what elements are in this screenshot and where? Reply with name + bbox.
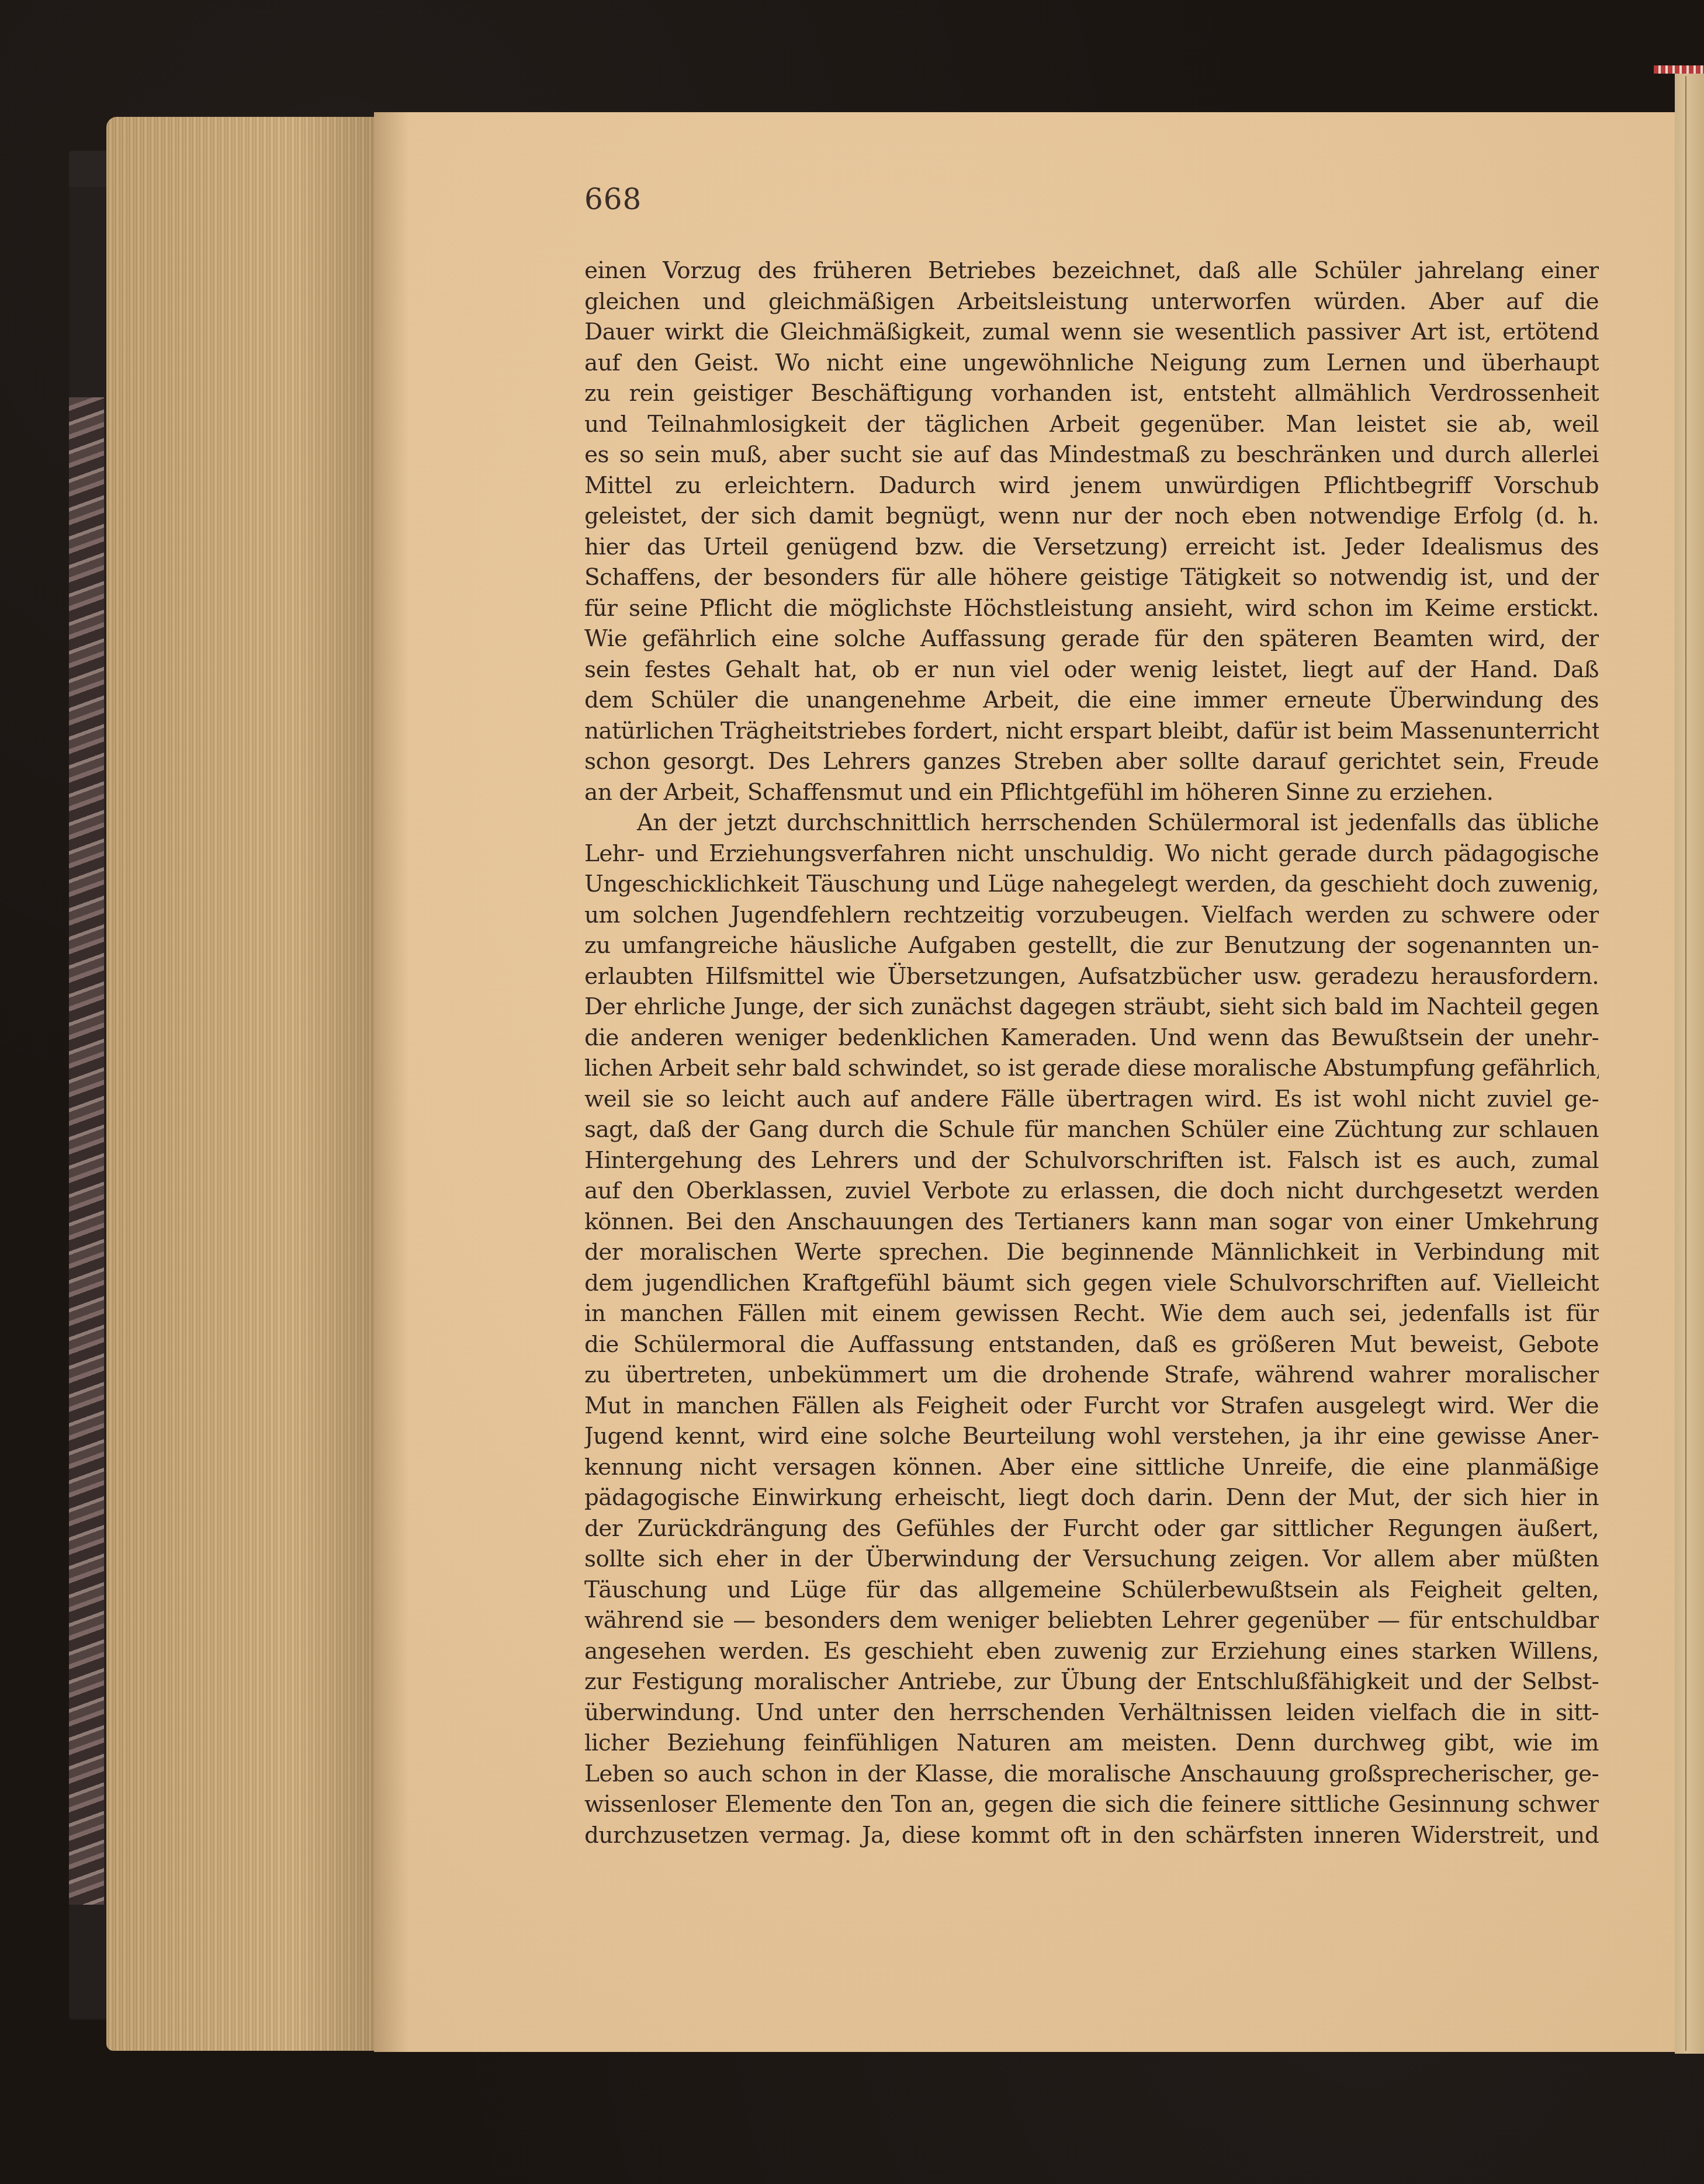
text-line: auf den Geist. Wo nicht eine ungewöhnlic…	[584, 348, 1599, 379]
text-line: angesehen werden. Es geschieht eben zuwe…	[584, 1637, 1599, 1668]
text-line: hier das Urteil genügend bzw. die Verset…	[584, 532, 1599, 563]
paragraph-start-line: An der jetzt durchschnittlich herrschend…	[584, 808, 1599, 839]
page-number: 668	[584, 182, 642, 216]
text-line: können. Bei den Anschauungen des Tertian…	[584, 1207, 1599, 1238]
text-line: dem Schüler die unangenehme Arbeit, die …	[584, 685, 1599, 716]
text-line: kennung nicht versagen können. Aber eine…	[584, 1452, 1599, 1483]
facing-page-fold	[1685, 76, 1686, 2051]
text-line: Wie gefährlich eine solche Auffassung ge…	[584, 624, 1599, 655]
marbled-endpaper	[69, 397, 104, 1905]
text-line: licher Beziehung feinfühligen Naturen am…	[584, 1728, 1599, 1759]
text-line: erlaubten Hilfsmittel wie Übersetzungen,…	[584, 962, 1599, 993]
text-line: Lehr- und Erziehungsverfahren nicht unsc…	[584, 839, 1599, 870]
text-line: Täuschung und Lüge für das allgemeine Sc…	[584, 1575, 1599, 1606]
text-line: gleichen und gleichmäßigen Arbeitsleistu…	[584, 287, 1599, 318]
text-line: natürlichen Trägheitstriebes fordert, ni…	[584, 716, 1599, 747]
page-stack-edges	[106, 117, 375, 2051]
text-line: um solchen Jugendfehlern rechtzeitig vor…	[584, 900, 1599, 931]
text-line: sollte sich eher in der Überwindung der …	[584, 1544, 1599, 1575]
text-line: einen Vorzug des früheren Betriebes beze…	[584, 256, 1599, 287]
text-line: überwindung. Und unter den herrschenden …	[584, 1698, 1599, 1729]
text-line: sagt, daß der Gang durch die Schule für …	[584, 1115, 1599, 1146]
facing-page-edge	[1675, 67, 1704, 2054]
text-line: pädagogische Einwirkung erheischt, liegt…	[584, 1483, 1599, 1514]
text-line: zu rein geistiger Beschäftigung vorhande…	[584, 379, 1599, 410]
text-line: schon gesorgt. Des Lehrers ganzes Strebe…	[584, 747, 1599, 778]
text-line: es so sein muß, aber sucht sie auf das M…	[584, 440, 1599, 471]
text-line: der Zurückdrängung des Gefühles der Furc…	[584, 1514, 1599, 1545]
text-line: die anderen weniger bedenklichen Kamerad…	[584, 1023, 1599, 1054]
text-line: Ungeschicklichkeit Täuschung und Lüge na…	[584, 869, 1599, 900]
text-line: Mittel zu erleichtern. Dadurch wird jene…	[584, 471, 1599, 502]
text-line: die Schülermoral die Auffassung entstand…	[584, 1330, 1599, 1361]
text-line: dem jugendlichen Kraftgefühl bäumt sich …	[584, 1268, 1599, 1299]
text-line: und Teilnahmlosigkeit der täglichen Arbe…	[584, 410, 1599, 441]
gutter-shadow	[374, 112, 409, 2052]
text-line: Der ehrliche Junge, der sich zunächst da…	[584, 992, 1599, 1023]
text-line: für seine Pflicht die möglichste Höchstl…	[584, 594, 1599, 625]
text-line: auf den Oberklassen, zuviel Verbote zu e…	[584, 1176, 1599, 1207]
text-line: Schaffens, der besonders für alle höhere…	[584, 563, 1599, 594]
text-line: zu übertreten, unbekümmert um die drohen…	[584, 1360, 1599, 1391]
text-line: in manchen Fällen mit einem gewissen Rec…	[584, 1299, 1599, 1330]
body-text: einen Vorzug des früheren Betriebes beze…	[584, 256, 1599, 1851]
text-line: sein festes Gehalt hat, ob er nun viel o…	[584, 655, 1599, 686]
text-line: Hintergehung des Lehrers und der Schulvo…	[584, 1146, 1599, 1177]
text-line: lichen Arbeit sehr bald schwindet, so is…	[584, 1053, 1599, 1084]
text-line: der moralischen Werte sprechen. Die begi…	[584, 1237, 1599, 1268]
headband	[1654, 65, 1704, 74]
text-line: durchzusetzen vermag. Ja, diese kommt of…	[584, 1821, 1599, 1852]
text-line: Mut in manchen Fällen als Feigheit oder …	[584, 1391, 1599, 1422]
text-line: während sie — besonders dem weniger beli…	[584, 1606, 1599, 1637]
text-line: Leben so auch schon in der Klasse, die m…	[584, 1759, 1599, 1790]
text-line: zu umfangreiche häusliche Aufgaben geste…	[584, 931, 1599, 962]
paragraph-end-line: an der Arbeit, Schaffensmut und ein Pfli…	[584, 778, 1599, 809]
text-line: wissenloser Elemente den Ton an, gegen d…	[584, 1790, 1599, 1821]
text-line: Dauer wirkt die Gleichmäßigkeit, zumal w…	[584, 317, 1599, 348]
text-line: Jugend kennt, wird eine solche Beurteilu…	[584, 1422, 1599, 1452]
text-line: weil sie so leicht auch auf andere Fälle…	[584, 1084, 1599, 1115]
text-line: zur Festigung moralischer Antriebe, zur …	[584, 1667, 1599, 1698]
text-line: geleistet, der sich damit begnügt, wenn …	[584, 501, 1599, 532]
